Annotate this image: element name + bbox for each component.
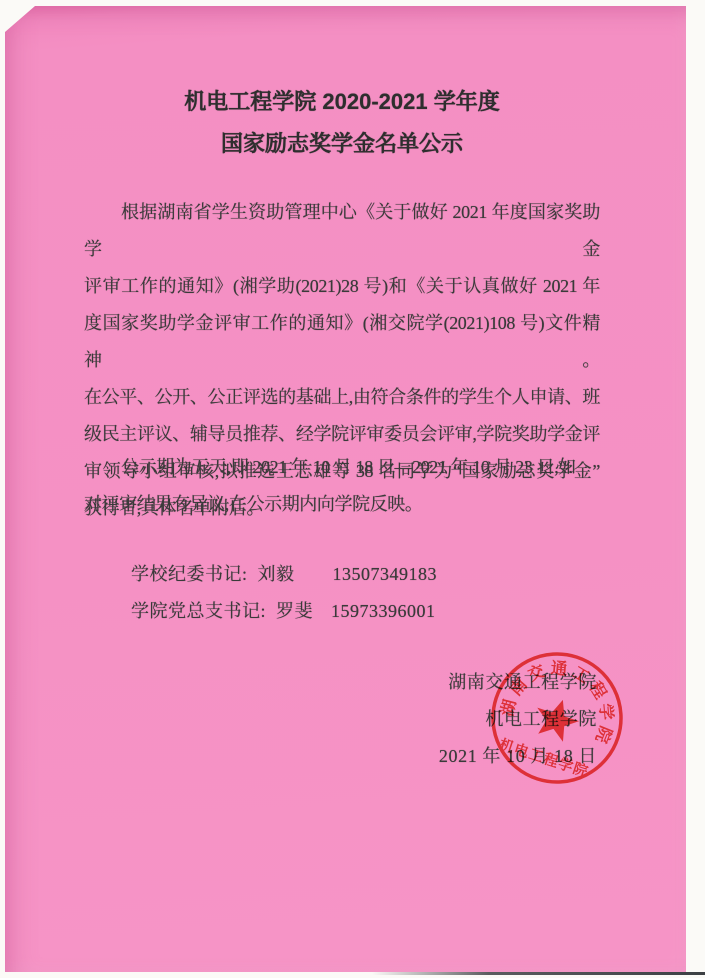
scan-edge-artifact: [372, 972, 705, 975]
contact-line: 学院党总支书记:罗斐15973396001: [131, 593, 437, 630]
contact-phone: 15973396001: [331, 601, 436, 621]
body-line: 度国家奖助学金评审工作的通知》(湘交院学(2021)108 号)文件精神。: [84, 305, 600, 379]
contact-phone: 13507349183: [333, 564, 438, 584]
contact-list: 学校纪委书记:刘毅13507349183 学院党总支书记:罗斐159733960…: [131, 556, 437, 630]
title-line: 国家励志奖学金名单公示: [84, 123, 600, 165]
document-title: 机电工程学院 2020-2021 学年度 国家励志奖学金名单公示: [84, 81, 600, 165]
body-line: 根据湖南省学生资助管理中心《关于做好 2021 年度国家奖助学金: [84, 194, 600, 268]
title-line: 机电工程学院 2020-2021 学年度: [84, 81, 600, 123]
seal-inner-text: 机电工程学院: [497, 735, 591, 781]
contact-line: 学校纪委书记:刘毅13507349183: [131, 556, 437, 593]
body-line: 级民主评议、辅导员推荐、经学院评审委员会评审,学院奖助学金评: [84, 416, 600, 453]
body-line: 在公平、公开、公正评选的基础上,由符合条件的学生个人申请、班: [84, 379, 600, 416]
pink-paper: 机电工程学院 2020-2021 学年度 国家励志奖学金名单公示 根据湖南省学生…: [5, 6, 686, 972]
body-line: 评审工作的通知》(湘学助(2021)28 号)和《关于认真做好 2021 年: [84, 268, 600, 305]
contact-name: 刘毅: [258, 564, 295, 584]
paragraph-publicity-period: 公示期为五天,即 2021 年 10 月 18 日—2021 年 10 月 23…: [84, 449, 600, 523]
body-line: 对评审结果有异议,在公示期内向学院反映。: [84, 486, 600, 523]
official-seal: 湖南交通工程学院 机电工程学院: [447, 608, 667, 828]
scanned-page: 机电工程学院 2020-2021 学年度 国家励志奖学金名单公示 根据湖南省学生…: [0, 0, 705, 978]
seal-ring-text: 湖南交通工程学院: [496, 642, 633, 750]
seal-star-icon: [530, 693, 584, 744]
contact-label: 学校纪委书记:: [131, 564, 248, 584]
contact-label: 学院党总支书记:: [131, 601, 266, 621]
contact-name: 罗斐: [276, 601, 313, 621]
seal-ring-text-holder: 湖南交通工程学院: [496, 642, 633, 750]
body-line: 公示期为五天,即 2021 年 10 月 18 日—2021 年 10 月 23…: [84, 449, 600, 486]
